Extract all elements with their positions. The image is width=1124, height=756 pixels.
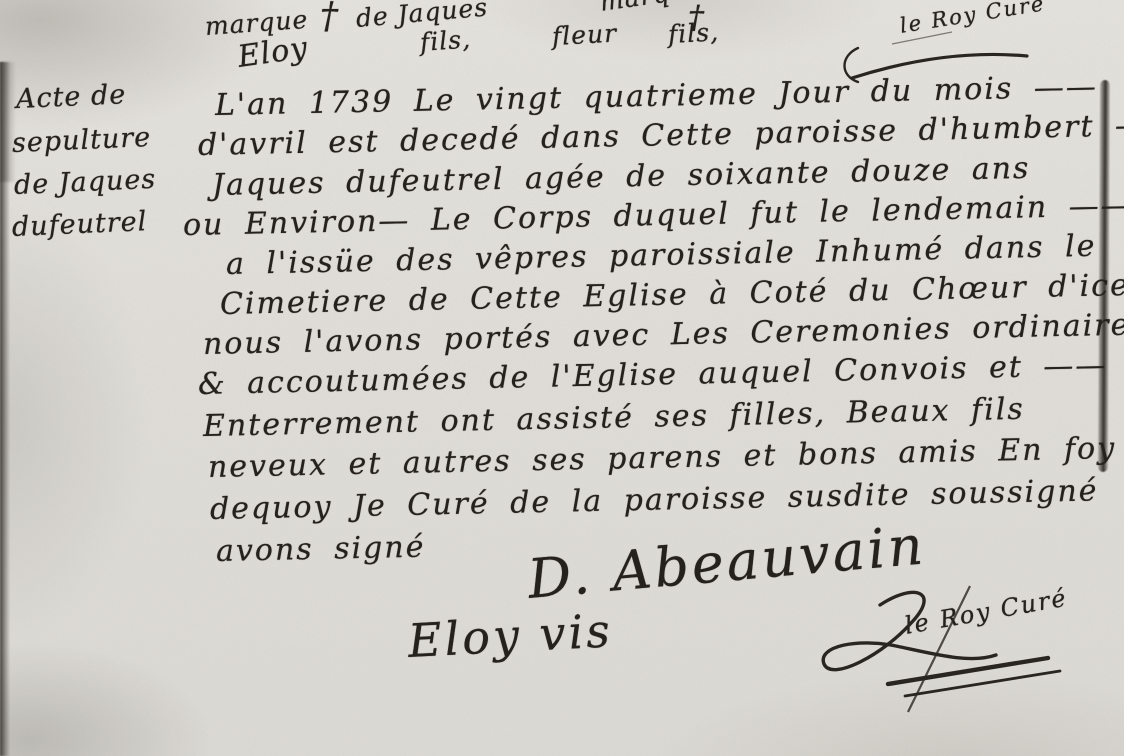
manuscript-line: avons signé [216,530,426,569]
margin-note-line: de Jaques [13,164,156,201]
witness-signature-beauvain: D. Abeauvain [525,513,928,611]
cure-signature-top: le Roy Curé [898,0,1047,38]
witness-mark-fragment: fils, [419,24,472,56]
binding-edge-left-shadow [0,62,16,182]
manuscript-scan-page: marque † de Jaques marq † Eloy fils, fle… [0,0,1124,756]
cure-signature-bottom: le Roy Curé [903,584,1070,640]
cross-mark: † [320,0,339,37]
margin-note-line: sepulture [11,122,152,159]
witness-mark-fragment: marq [598,0,672,17]
witness-mark-fragment: fleur [551,19,618,51]
witness-mark-fragment: fils, [667,17,719,49]
margin-note-line: Acte de [15,79,127,115]
margin-note-line: dufeutrel [11,206,148,243]
witness-signature-eloy: Eloy vis [407,603,614,668]
